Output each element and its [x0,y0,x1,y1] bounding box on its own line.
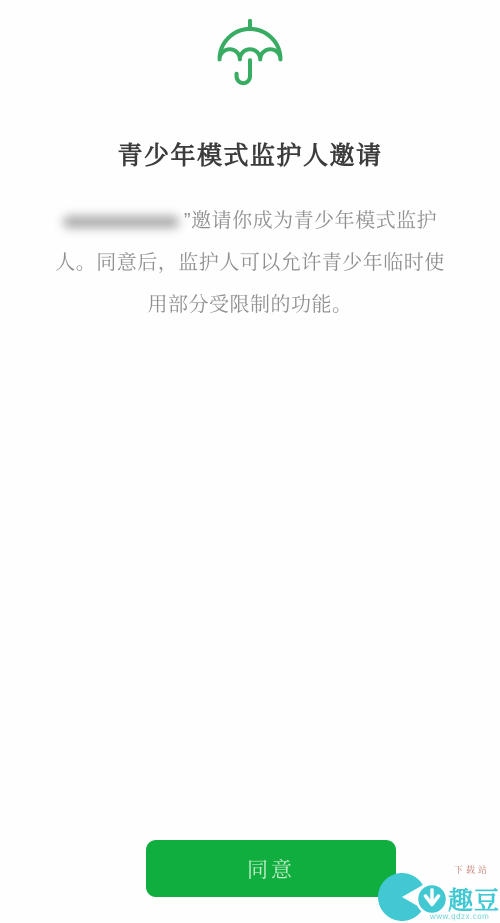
guardian-invite-screen: 青少年模式监护人邀请 ”邀请你成为青少年模式监护 人。同意后，监护人可以允许青少… [0,0,500,923]
watermark-url: www.qdzx.com [430,912,489,921]
umbrella-handle [237,60,250,83]
qudou-watermark: 下载站 趣豆 www.qdzx.com [378,855,500,923]
description-line-2: 人。同意后，监护人可以允许青少年临时使 [0,242,500,284]
umbrella-canopy [220,29,281,59]
agree-button[interactable]: 同意 [146,840,396,897]
description-line-1: ”邀请你成为青少年模式监护 [0,200,500,242]
redacted-inviter-name [63,216,179,228]
watermark-tagline: 下载站 [454,863,490,876]
umbrella-icon [207,8,293,100]
description-line-3: 用部分受限制的功能。 [0,284,500,326]
description-line-1-text: ”邀请你成为青少年模式监护 [184,210,437,232]
umbrella-icon-svg [207,8,293,100]
invitation-description: ”邀请你成为青少年模式监护 人。同意后，监护人可以允许青少年临时使 用部分受限制… [0,200,500,326]
page-title: 青少年模式监护人邀请 [0,136,500,172]
